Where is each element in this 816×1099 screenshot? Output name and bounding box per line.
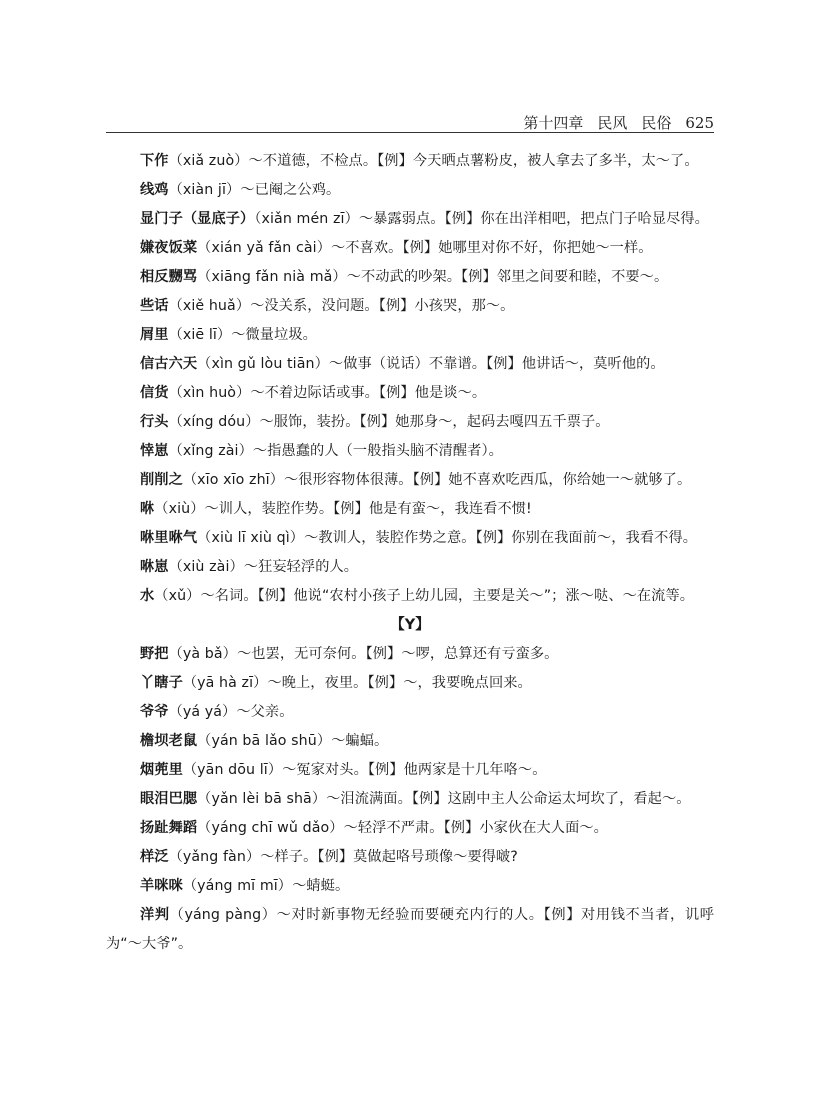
glossary-entry: 咻里咻气（xiù lī xiù qì）～教训人，装腔作势之意。【例】你别在我面前…: [106, 524, 714, 553]
entry-definition: ～蝙蝠。: [331, 733, 388, 749]
glossary-entry: 丫瞎子（yā hà zī）～晚上，夜里。【例】～，我要晚点回来。: [106, 669, 714, 698]
entry-term: 檐坝老鼠: [140, 733, 197, 749]
glossary-entry: 信古六天（xìn gǔ lòu tiān）～做事（说话）不靠谱。【例】他讲话～，…: [106, 350, 714, 379]
entry-definition: ～样子。【例】莫做起咯号琐像～要得啵?: [260, 849, 518, 865]
glossary-entry: 咻（xiù）～训人，装腔作势。【例】他是有蛮～，我连看不惯!: [106, 495, 714, 524]
page-number: 625: [685, 114, 714, 132]
entry-definition: ～教训人，装腔作势之意。【例】你别在我面前～，我看不得。: [304, 530, 697, 546]
entry-pinyin: （xiē lī）: [169, 327, 232, 343]
entry-term: 咻崽: [140, 559, 169, 575]
entry-pinyin: （xǐng zài）: [169, 443, 253, 459]
entry-term: 样泛: [140, 849, 169, 865]
entry-pinyin: （yǎng fàn）: [169, 849, 261, 865]
entry-definition: ～泪流满面。【例】这剧中主人公命运太坷坎了，看起～。: [326, 791, 690, 807]
entry-pinyin: （xīo xīo zhī）: [183, 472, 284, 488]
glossary-entry: 行头（xíng dóu）～服饰，装扮。【例】她那身～，起码去嘎四五千票子。: [106, 408, 714, 437]
entry-term: 信货: [140, 385, 169, 401]
entry-term: 信古六天: [140, 356, 197, 372]
entry-term: 水: [140, 588, 154, 604]
entry-term: 悻崽: [140, 443, 169, 459]
section-title-1: 民风: [597, 114, 627, 132]
entry-pinyin: （xiǎn mén zī）: [254, 211, 359, 227]
entry-pinyin: （xiǎ zuò）: [169, 153, 249, 169]
chapter-title: 第十四章: [523, 114, 583, 132]
glossary-entry: 嫌夜饭菜（xián yǎ fǎn cài）～不喜欢。【例】她哪里对你不好，你把她…: [106, 234, 714, 263]
entry-term: 爷爷: [140, 704, 169, 720]
entry-pinyin: （yáng chī wǔ dǎo）: [197, 820, 343, 836]
entry-definition: ～不道德，不检点。【例】今天晒点薯粉皮，被人拿去了多半，太～了。: [249, 153, 699, 169]
entry-term: 咻里咻气: [140, 530, 197, 546]
entry-definition: ～轻浮不严肃。【例】小家伙在大人面～。: [344, 820, 608, 836]
glossary-entry: 相反嬲骂（xiāng fǎn nià mǎ）～不动武的吵架。【例】邻里之间要和睦…: [106, 263, 714, 292]
entry-term: 屑里: [140, 327, 169, 343]
entry-term: 羊咪咪: [140, 878, 183, 894]
entry-pinyin: （xiě huǎ）: [169, 298, 251, 314]
entry-definition: ～做事（说话）不靠谱。【例】他讲话～，莫听他的。: [329, 356, 665, 372]
glossary-entry: 线鸡（xiàn jī）～已阉之公鸡。: [106, 176, 714, 205]
entry-definition: ～不着边际话或事。【例】他是谈～。: [250, 385, 486, 401]
entry-definition: ～父亲。: [236, 704, 293, 720]
entry-pinyin: （yǎn lèi bā shā）: [197, 791, 326, 807]
entry-pinyin: （xíng dóu）: [169, 414, 260, 430]
entry-definition: ～冤家对头。【例】他两家是十几年咯～。: [282, 762, 546, 778]
glossary-entry: 样泛（yǎng fàn）～样子。【例】莫做起咯号琐像～要得啵?: [106, 843, 714, 872]
section-heading-y: 【Y】: [106, 611, 714, 640]
entry-term: 线鸡: [140, 182, 169, 198]
entry-definition: ～不喜欢。【例】她哪里对你不好，你把她～一样。: [331, 240, 653, 256]
glossary-entry: 下作（xiǎ zuò）～不道德，不检点。【例】今天晒点薯粉皮，被人拿去了多半，太…: [106, 147, 714, 176]
glossary-entry: 屑里（xiē lī）～微量垃圾。: [106, 321, 714, 350]
entry-pinyin: （xián yǎ fǎn cài）: [197, 240, 331, 256]
entry-definition: ～狂妄轻浮的人。: [244, 559, 358, 575]
glossary-entry: 悻崽（xǐng zài）～指愚蠢的人（一般指头脑不清醒者）。: [106, 437, 714, 466]
running-header: 第十四章民风民俗625: [106, 112, 714, 132]
glossary-entry: 檐坝老鼠（yán bā lǎo shū）～蝙蝠。: [106, 727, 714, 756]
glossary-entry: 眼泪巴腮（yǎn lèi bā shā）～泪流满面。【例】这剧中主人公命运太坷坎…: [106, 785, 714, 814]
glossary-entry: 羊咪咪（yáng mī mī）～蜻蜓。: [106, 872, 714, 901]
entry-term: 行头: [140, 414, 169, 430]
entry-definition: ～已阉之公鸡。: [240, 182, 340, 198]
glossary-entry: 显门子（显底子）（xiǎn mén zī）～暴露弱点。【例】你在出洋相吧，把点门…: [106, 205, 714, 234]
glossary-entry: 野把（yà bǎ）～也罢，无可奈何。【例】～啰，总算还有亏蛮多。: [106, 640, 714, 669]
glossary-entry: 咻崽（xiù zài）～狂妄轻浮的人。: [106, 553, 714, 582]
entry-definition: ～训人，装腔作势。【例】他是有蛮～，我连看不惯!: [205, 501, 532, 517]
entry-term: 下作: [140, 153, 169, 169]
entry-pinyin: （xiù zài）: [169, 559, 244, 575]
entry-term: 野把: [140, 646, 169, 662]
section-title-2: 民俗: [641, 114, 671, 132]
entry-pinyin: （xiāng fǎn nià mǎ）: [197, 269, 347, 285]
entry-term: 眼泪巴腮: [140, 791, 197, 807]
entry-term: 相反嬲骂: [140, 269, 197, 285]
entry-definition: ～指愚蠢的人（一般指头脑不清醒者）。: [253, 443, 503, 459]
entry-definition: ～微量垃圾。: [231, 327, 317, 343]
glossary-entry: 水（xǔ）～名词。【例】他说“农村小孩子上幼儿园，主要是关～”；涨～哒、～在流等…: [106, 582, 714, 611]
entry-pinyin: （xiù）: [154, 501, 204, 517]
entry-pinyin: （yá yá）: [169, 704, 237, 720]
entry-definition: ～不动武的吵架。【例】邻里之间要和睦，不要～。: [347, 269, 669, 285]
entry-term: 些话: [140, 298, 169, 314]
entry-term: 洋判: [140, 907, 170, 923]
entry-definition: ～也罢，无可奈何。【例】～啰，总算还有亏蛮多。: [237, 646, 559, 662]
entry-pinyin: （yà bǎ）: [169, 646, 237, 662]
entry-definition: ～蜻蜓。: [292, 878, 349, 894]
entry-pinyin: （yáng mī mī）: [183, 878, 292, 894]
entry-term: 咻: [140, 501, 154, 517]
entry-definition: ～晚上，夜里。【例】～，我要晚点回来。: [267, 675, 531, 691]
glossary-entry: 削削之（xīo xīo zhī）～很形容物体很薄。【例】她不喜欢吃西瓜，你给她一…: [106, 466, 714, 495]
entry-definition: ～很形容物体很薄。【例】她不喜欢吃西瓜，你给她一～就够了。: [284, 472, 691, 488]
entry-definition: ～暴露弱点。【例】你在出洋相吧，把点门子哈显尽得。: [359, 211, 709, 227]
glossary-entry: 信货（xìn huò）～不着边际话或事。【例】他是谈～。: [106, 379, 714, 408]
entry-pinyin: （xìn huò）: [169, 385, 251, 401]
entry-term: 削削之: [140, 472, 183, 488]
entry-term: 显门子（显底子）: [140, 211, 254, 227]
entry-definition: ～没关系，没问题。【例】小孩哭，那～。: [250, 298, 514, 314]
entry-pinyin: （xiàn jī）: [169, 182, 241, 198]
glossary-entry: 烟蔸里（yān dōu lī）～冤家对头。【例】他两家是十几年咯～。: [106, 756, 714, 785]
entry-pinyin: （xiù lī xiù qì）: [197, 530, 304, 546]
entry-term: 扬趾舞蹈: [140, 820, 197, 836]
entry-term: 烟蔸里: [140, 762, 183, 778]
glossary-entry: 扬趾舞蹈（yáng chī wǔ dǎo）～轻浮不严肃。【例】小家伙在大人面～。: [106, 814, 714, 843]
entry-definition: ～服饰，装扮。【例】她那身～，起码去嘎四五千票子。: [259, 414, 609, 430]
entry-pinyin: （yán bā lǎo shū）: [197, 733, 331, 749]
glossary-body: 下作（xiǎ zuò）～不道德，不检点。【例】今天晒点薯粉皮，被人拿去了多半，太…: [106, 147, 714, 959]
entry-definition: ～名词。【例】他说“农村小孩子上幼儿园，主要是关～”；涨～哒、～在流等。: [200, 588, 694, 604]
entry-term: 丫瞎子: [140, 675, 183, 691]
glossary-entry: 爷爷（yá yá）～父亲。: [106, 698, 714, 727]
entries-x-list: 下作（xiǎ zuò）～不道德，不检点。【例】今天晒点薯粉皮，被人拿去了多半，太…: [106, 147, 714, 611]
entry-pinyin: （xìn gǔ lòu tiān）: [197, 356, 329, 372]
entry-pinyin: （xǔ）: [154, 588, 200, 604]
glossary-entry: 些话（xiě huǎ）～没关系，没问题。【例】小孩哭，那～。: [106, 292, 714, 321]
entries-y-list: 野把（yà bǎ）～也罢，无可奈何。【例】～啰，总算还有亏蛮多。丫瞎子（yā h…: [106, 640, 714, 959]
entry-pinyin: （yā hà zī）: [183, 675, 268, 691]
entry-pinyin: （yáng pàng）: [170, 907, 277, 923]
entry-pinyin: （yān dōu lī）: [183, 762, 282, 778]
header-rule: [106, 132, 714, 133]
glossary-entry: 洋判（yáng pàng）～对时新事物无经验而要硬充内行的人。【例】对用钱不当者…: [106, 901, 714, 959]
entry-term: 嫌夜饭菜: [140, 240, 197, 256]
